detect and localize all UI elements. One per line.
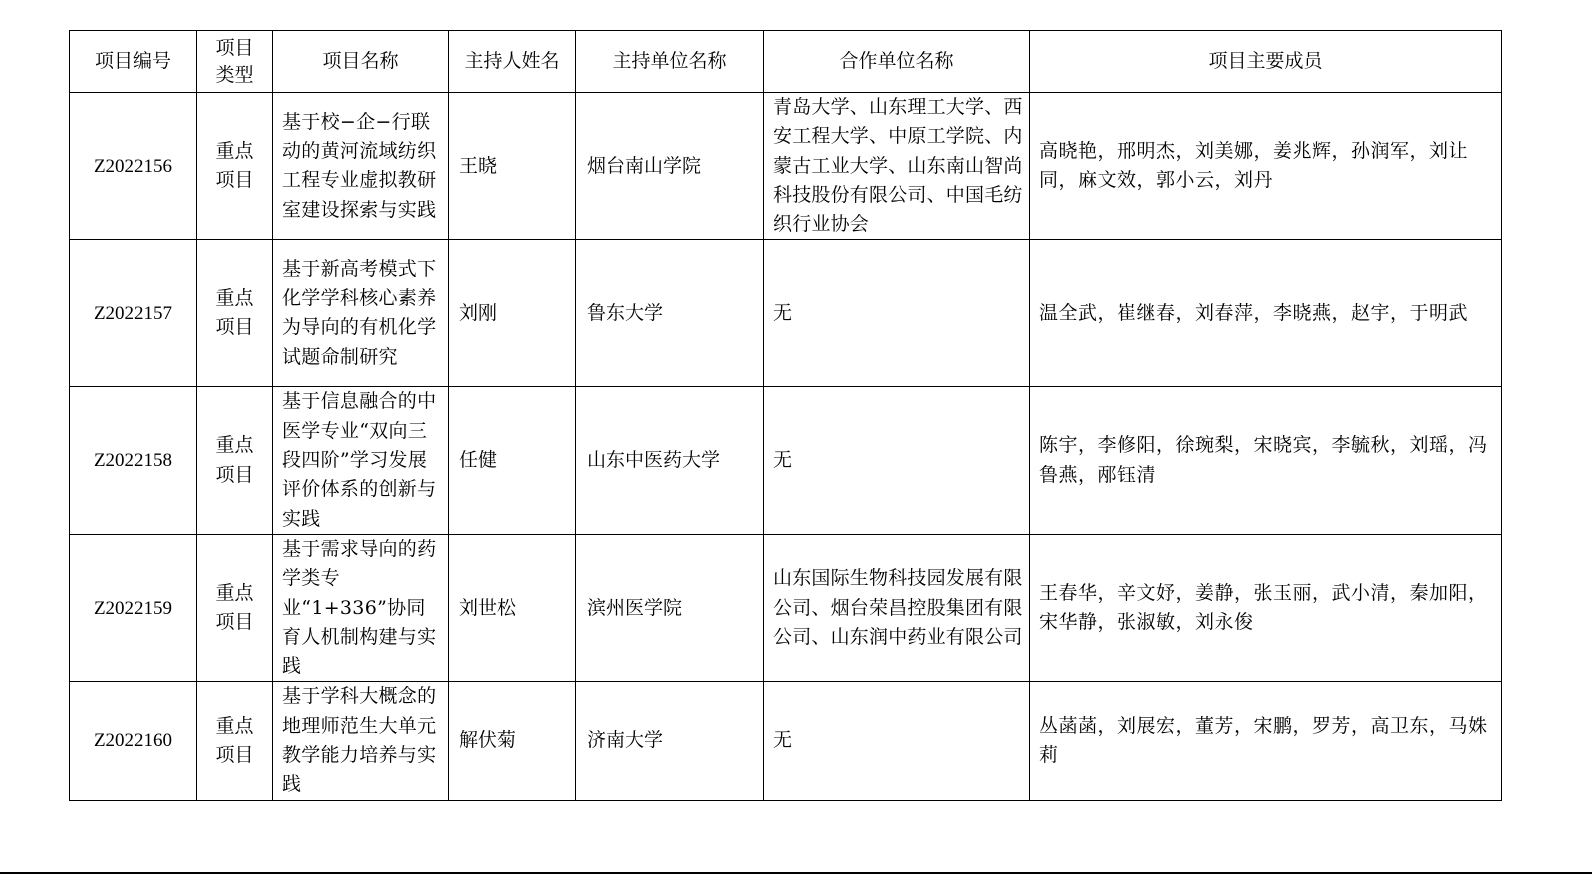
project-name-cell: 基于学科大概念的地理师范生大单元教学能力培养与实践: [273, 682, 449, 800]
table-row: Z2022159 重点项目 基于需求导向的药学类专业“1+336”协同育人机制构…: [70, 534, 1502, 681]
project-type-label: 重点项目: [215, 284, 255, 343]
host-name-cell: 刘刚: [449, 240, 576, 387]
members-cell: 丛菡菡，刘展宏，董芳，宋鹏，罗芳，高卫东，马姝莉: [1030, 682, 1502, 800]
host-unit-cell: 滨州医学院: [576, 534, 764, 681]
project-type-cell: 重点项目: [197, 240, 273, 387]
members-cell: 王春华，辛文妤，姜静，张玉丽，武小清，秦加阳，宋华静，张淑敏，刘永俊: [1030, 534, 1502, 681]
project-type-cell: 重点项目: [197, 387, 273, 534]
project-name-cell: 基于校−企−行联动的黄河流域纺织工程专业虚拟教研室建设探索与实践: [273, 93, 449, 240]
host-unit-cell: 烟台南山学院: [576, 93, 764, 240]
page-divider: [0, 872, 1592, 874]
header-project-type: 项目类型: [197, 31, 273, 93]
project-id-cell: Z2022157: [70, 240, 197, 387]
host-unit-cell: 山东中医药大学: [576, 387, 764, 534]
coop-unit-cell: 山东国际生物科技园发展有限公司、烟台荣昌控股集团有限公司、山东润中药业有限公司: [764, 534, 1030, 681]
coop-unit-cell: 青岛大学、山东理工大学、西安工程大学、中原工学院、内蒙古工业大学、山东南山智尚科…: [764, 93, 1030, 240]
host-name-cell: 解伏菊: [449, 682, 576, 800]
table-row: Z2022157 重点项目 基于新高考模式下化学学科核心素养为导向的有机化学试题…: [70, 240, 1502, 387]
host-name-cell: 刘世松: [449, 534, 576, 681]
header-members: 项目主要成员: [1030, 31, 1502, 93]
host-unit-cell: 济南大学: [576, 682, 764, 800]
host-unit-cell: 鲁东大学: [576, 240, 764, 387]
header-row: 项目编号 项目类型 项目名称 主持人姓名 主持单位名称 合作单位名称 项目主要成…: [70, 31, 1502, 93]
members-cell: 陈宇，李修阳，徐琬梨，宋晓宾，李毓秋，刘瑶，冯鲁燕，邴钰清: [1030, 387, 1502, 534]
project-id-cell: Z2022159: [70, 534, 197, 681]
project-id-cell: Z2022156: [70, 93, 197, 240]
project-id-cell: Z2022160: [70, 682, 197, 800]
project-type-cell: 重点项目: [197, 682, 273, 800]
header-project-id: 项目编号: [70, 31, 197, 93]
coop-unit-cell: 无: [764, 682, 1030, 800]
coop-unit-cell: 无: [764, 387, 1030, 534]
host-name-cell: 任健: [449, 387, 576, 534]
project-type-cell: 重点项目: [197, 534, 273, 681]
table-row: Z2022156 重点项目 基于校−企−行联动的黄河流域纺织工程专业虚拟教研室建…: [70, 93, 1502, 240]
project-name-cell: 基于需求导向的药学类专业“1+336”协同育人机制构建与实践: [273, 534, 449, 681]
project-table: 项目编号 项目类型 项目名称 主持人姓名 主持单位名称 合作单位名称 项目主要成…: [69, 30, 1502, 801]
header-host-name: 主持人姓名: [449, 31, 576, 93]
header-host-unit: 主持单位名称: [576, 31, 764, 93]
table-row: Z2022158 重点项目 基于信息融合的中医学专业“双向三段四阶”学习发展评价…: [70, 387, 1502, 534]
project-type-label: 重点项目: [215, 712, 255, 771]
host-name-cell: 王晓: [449, 93, 576, 240]
members-cell: 高晓艳，邢明杰，刘美娜，姜兆辉，孙润军，刘让同，麻文效，郭小云，刘丹: [1030, 93, 1502, 240]
project-id-cell: Z2022158: [70, 387, 197, 534]
project-type-cell: 重点项目: [197, 93, 273, 240]
header-coop-unit: 合作单位名称: [764, 31, 1030, 93]
project-type-label: 重点项目: [215, 579, 255, 638]
header-project-type-label: 项目类型: [215, 35, 255, 89]
project-type-label: 重点项目: [215, 431, 255, 490]
table-row: Z2022160 重点项目 基于学科大概念的地理师范生大单元教学能力培养与实践 …: [70, 682, 1502, 800]
project-name-cell: 基于新高考模式下化学学科核心素养为导向的有机化学试题命制研究: [273, 240, 449, 387]
members-cell: 温全武，崔继春，刘春萍，李晓燕，赵宇，于明武: [1030, 240, 1502, 387]
coop-unit-cell: 无: [764, 240, 1030, 387]
project-name-cell: 基于信息融合的中医学专业“双向三段四阶”学习发展评价体系的创新与实践: [273, 387, 449, 534]
project-type-label: 重点项目: [215, 137, 255, 196]
header-project-name: 项目名称: [273, 31, 449, 93]
